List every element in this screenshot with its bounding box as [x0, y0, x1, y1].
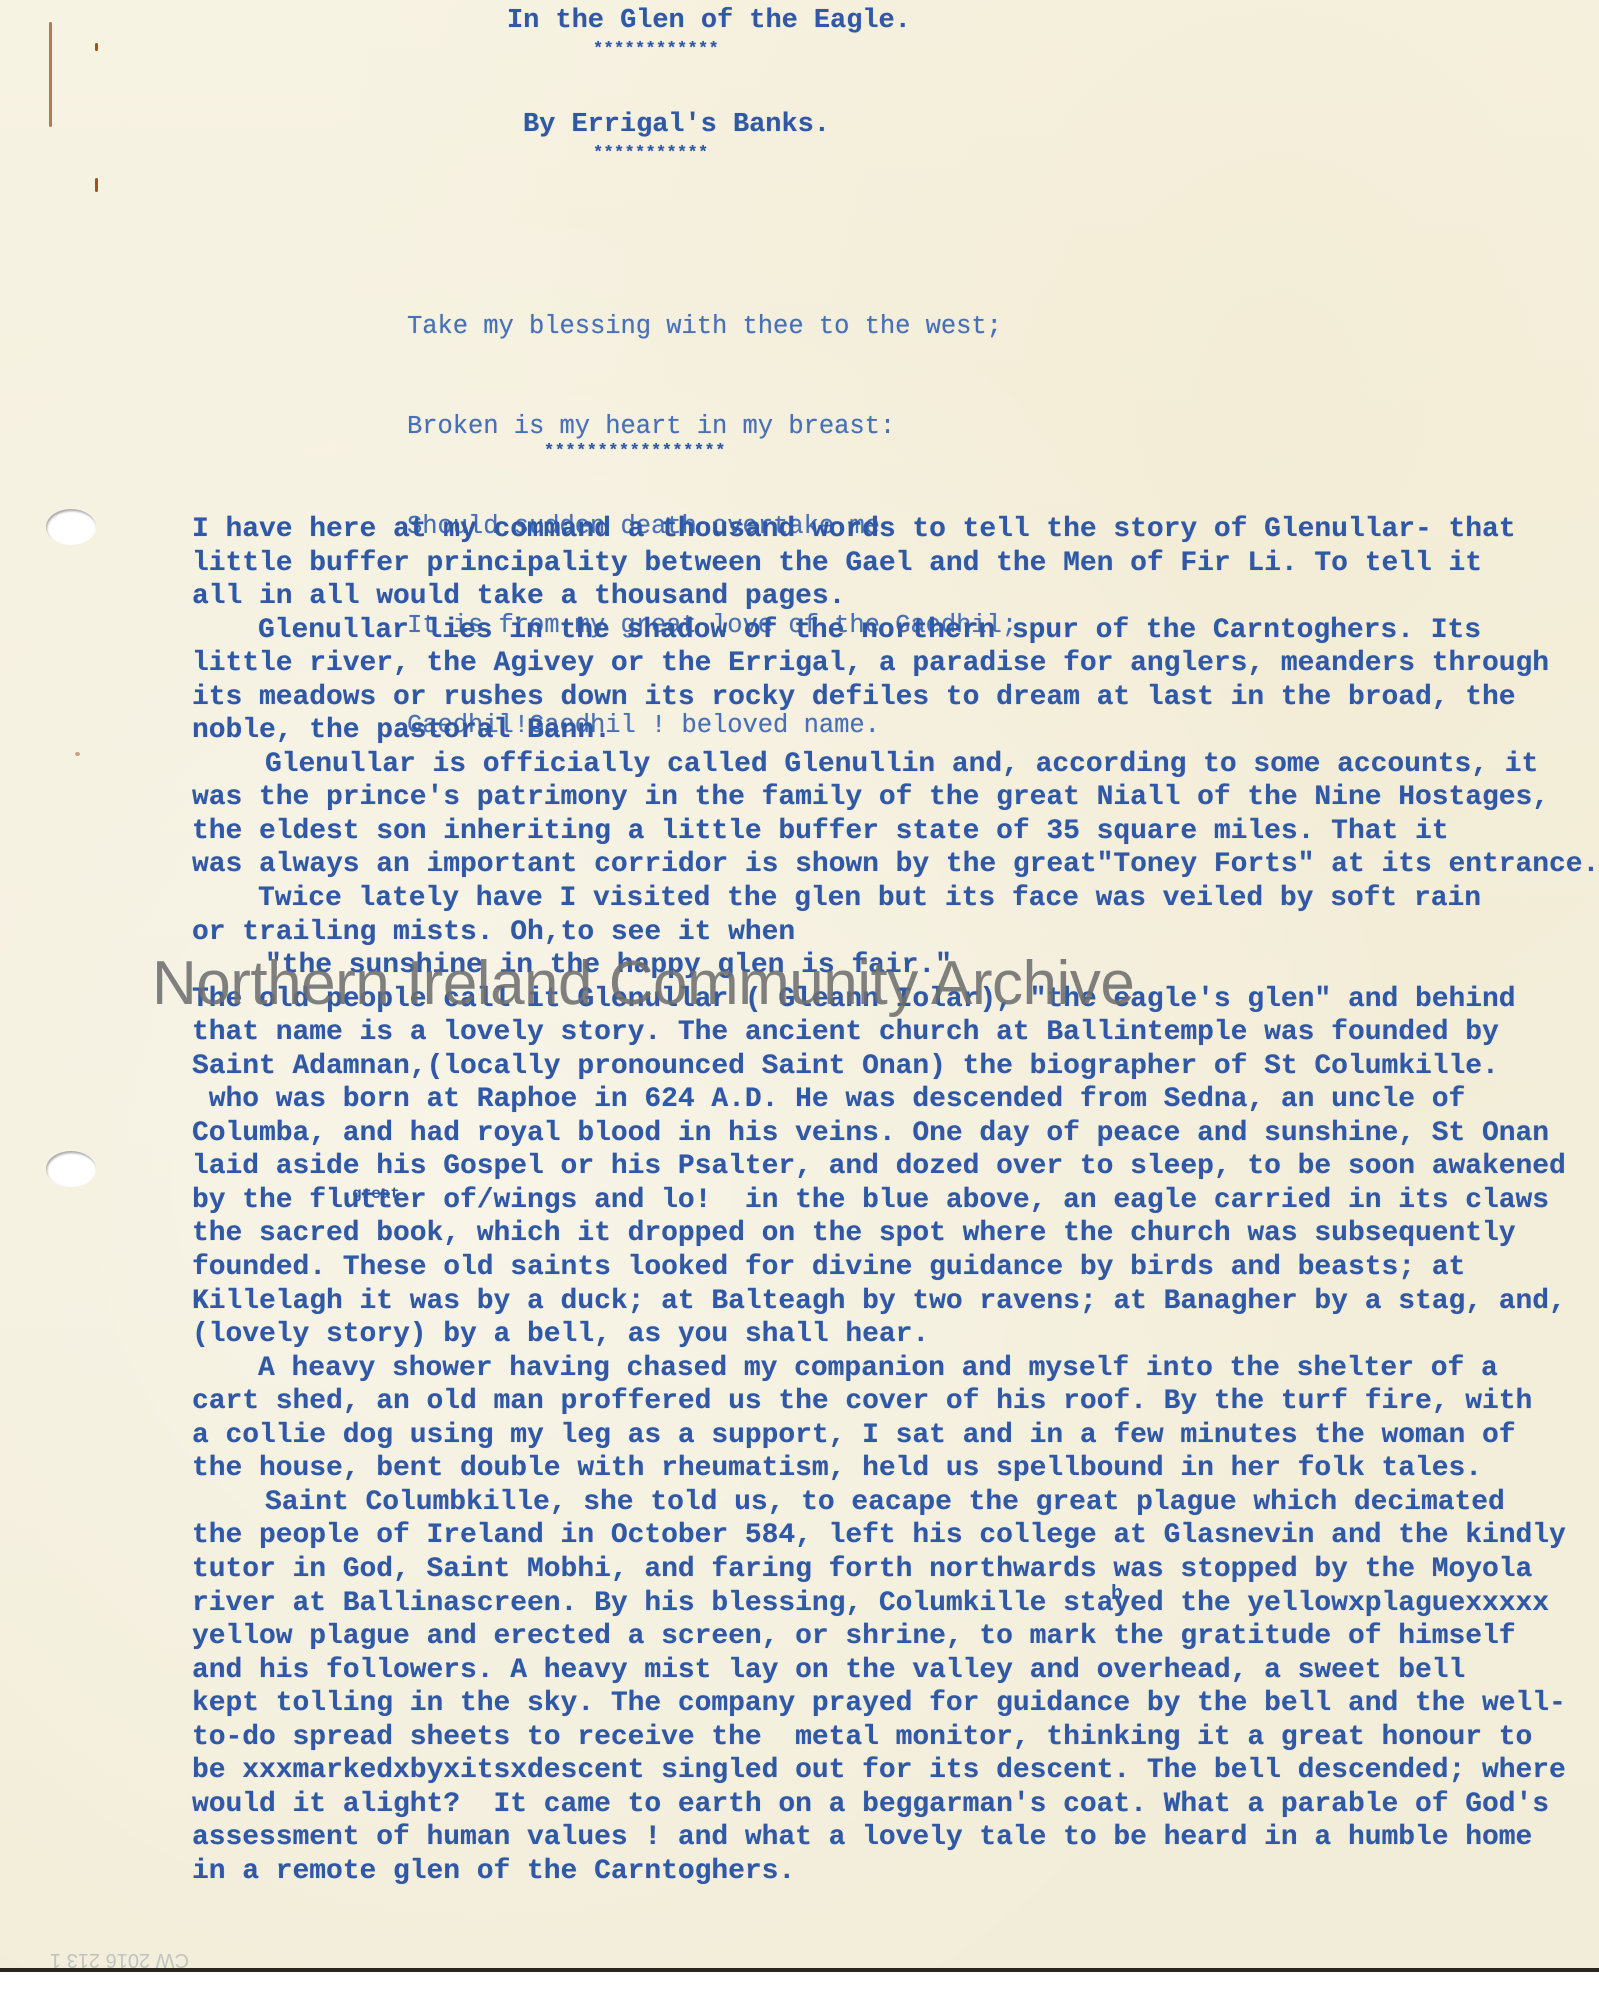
poem-asterisk-rule: ***************** — [544, 442, 726, 461]
rust-mark — [49, 22, 52, 127]
body-line: was always an important corridor is show… — [192, 848, 1599, 882]
body-line: little river, the Agivey or the Errigal,… — [192, 647, 1599, 681]
body-line: Killelagh it was by a duck; at Balteagh … — [192, 1285, 1599, 1319]
insert-letter-b: b — [1111, 1583, 1123, 1606]
body-line: Twice lately have I visited the glen but… — [192, 882, 1599, 916]
body-line: was the prince's patrimony in the family… — [192, 781, 1599, 815]
insert-great: great — [352, 1185, 400, 1203]
poem-line: Broken is my heart in my breast: — [407, 410, 1017, 443]
byline-asterisk-rule: *********** — [593, 144, 709, 163]
body-line: all in all would take a thousand pages. — [192, 580, 1599, 614]
body-line: Saint Columbkille, she told us, to eacap… — [192, 1486, 1599, 1520]
body-line: A heavy shower having chased my companio… — [192, 1352, 1599, 1386]
body-line: river at Ballinascreen. By his blessing,… — [192, 1587, 1599, 1621]
punch-hole-bottom — [46, 1151, 96, 1187]
title-asterisk-rule: ************ — [593, 40, 719, 59]
body-line: to-do spread sheets to receive the metal… — [192, 1721, 1599, 1755]
body-line: in a remote glen of the Carntoghers. — [192, 1855, 1599, 1889]
punch-hole-top — [46, 509, 96, 545]
body-line: the sacred book, which it dropped on the… — [192, 1217, 1599, 1251]
body-line: yellow plague and erected a screen, or s… — [192, 1620, 1599, 1654]
body-line: founded. These old saints looked for div… — [192, 1251, 1599, 1285]
body-line: who was born at Raphoe in 624 A.D. He wa… — [192, 1083, 1599, 1117]
body-line: Glenullar is officially called Glenullin… — [192, 748, 1599, 782]
body-line: or trailing mists. Oh,to see it when — [192, 916, 1599, 950]
body-line: by the flutter of/wings and lo! in the b… — [192, 1184, 1599, 1218]
body-line: and his followers. A heavy mist lay on t… — [192, 1654, 1599, 1688]
reference-stamp: CW 2016 213 1 — [50, 1948, 189, 1971]
body-line: the house, bent double with rheumatism, … — [192, 1452, 1599, 1486]
byline: By Errigal's Banks. — [523, 110, 830, 140]
body-line: tutor in God, Saint Mobhi, and faring fo… — [192, 1553, 1599, 1587]
body-line: a collie dog using my leg as a support, … — [192, 1419, 1599, 1453]
scan-bottom-edge — [0, 1968, 1599, 2000]
body-line: its meadows or rushes down its rocky def… — [192, 681, 1599, 715]
rust-dot — [95, 178, 98, 192]
body-line: noble, the pastoral Bann. — [192, 714, 1599, 748]
rust-speck — [75, 752, 80, 756]
body-line: I have here at my command a thousand wor… — [192, 513, 1599, 547]
body-line: the people of Ireland in October 584, le… — [192, 1519, 1599, 1553]
body-line: Glenullar lies in the shadow of the nort… — [192, 614, 1599, 648]
body-line: laid aside his Gospel or his Psalter, an… — [192, 1150, 1599, 1184]
body-line: be xxxmarkedxbyxitsxdescent singled out … — [192, 1754, 1599, 1788]
poem-line: Take my blessing with thee to the west; — [407, 310, 1017, 343]
body-line: Saint Adamnan,(locally pronounced Saint … — [192, 1050, 1599, 1084]
document-title: In the Glen of the Eagle. — [507, 6, 911, 36]
body-line: assessment of human values ! and what a … — [192, 1821, 1599, 1855]
body-line: kept tolling in the sky. The company pra… — [192, 1687, 1599, 1721]
body-line: would it alight? It came to earth on a b… — [192, 1788, 1599, 1822]
rust-dot — [95, 43, 98, 51]
body-line: that name is a lovely story. The ancient… — [192, 1016, 1599, 1050]
body-line: little buffer principality between the G… — [192, 547, 1599, 581]
archive-watermark: Northern Ireland Community Archive — [152, 948, 1134, 1019]
body-line: (lovely story) by a bell, as you shall h… — [192, 1318, 1599, 1352]
body-text: I have here at my command a thousand wor… — [192, 513, 1599, 1888]
body-line: Columba, and had royal blood in his vein… — [192, 1117, 1599, 1151]
body-line: the eldest son inheriting a little buffe… — [192, 815, 1599, 849]
body-line: cart shed, an old man proffered us the c… — [192, 1385, 1599, 1419]
